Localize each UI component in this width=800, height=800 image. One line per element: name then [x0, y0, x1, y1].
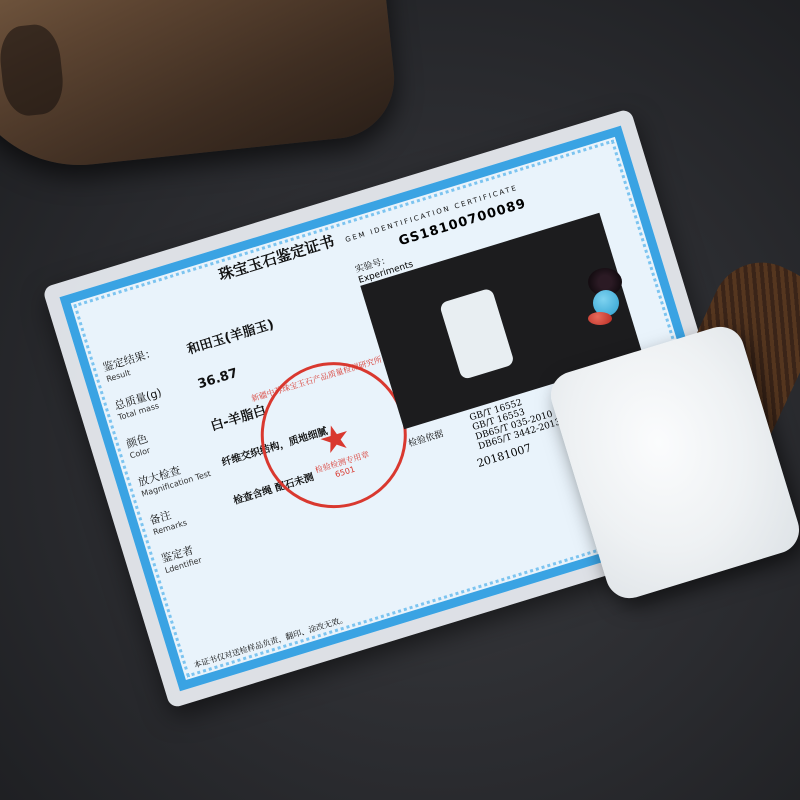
inspection-standards: 检验依据 GB/T 16552 GB/T 16553 DB65/T 035-20…	[406, 426, 444, 449]
color-value: 白-羊脂白	[208, 399, 268, 434]
driftwood	[0, 0, 400, 177]
red-bead	[588, 312, 612, 325]
sample-photo-pendant	[439, 288, 515, 381]
certificate-footer: 本证书仅对送检样品负责，翻印、涂改无效。	[192, 614, 348, 671]
title-zh: 珠宝玉石鉴定证书	[217, 232, 337, 284]
mass-value: 36.87	[196, 366, 240, 392]
